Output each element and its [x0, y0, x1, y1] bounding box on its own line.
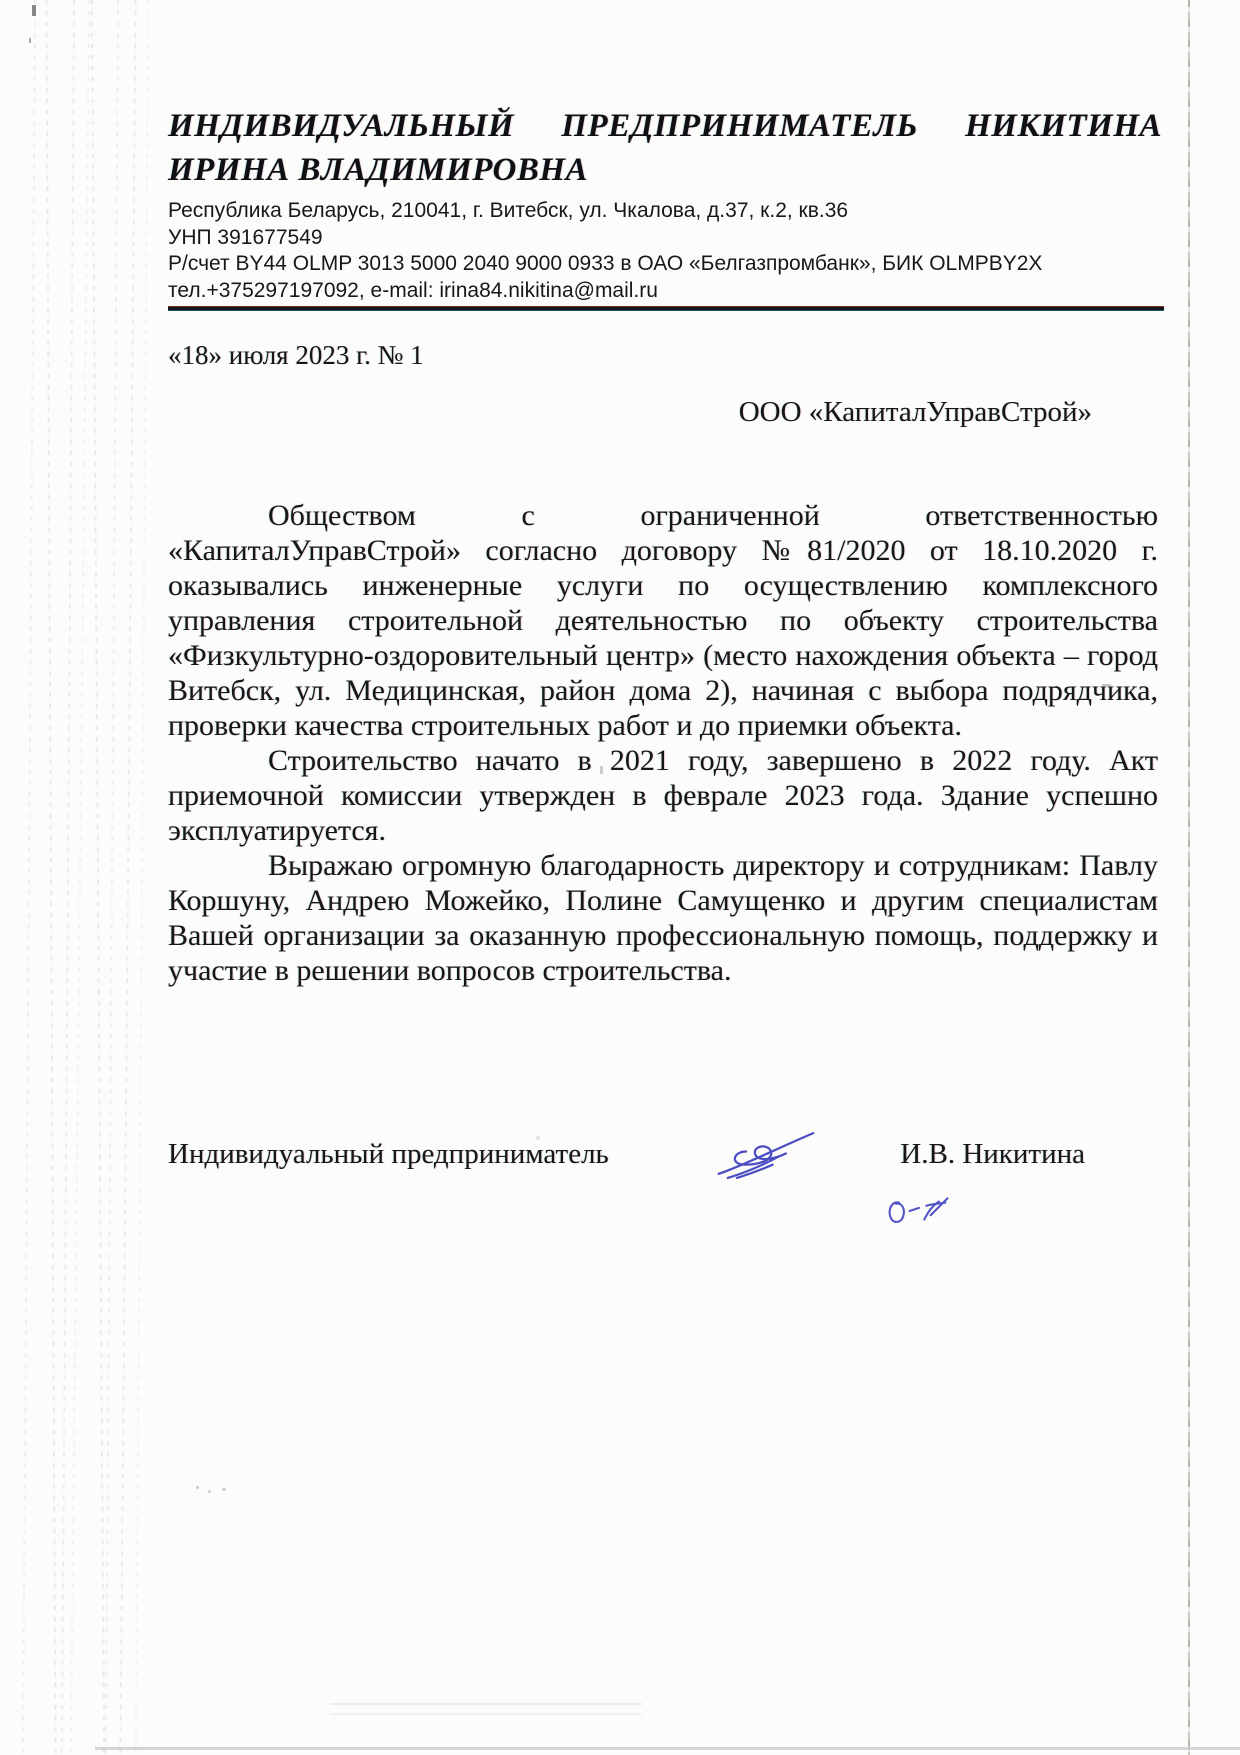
scan-noise-streak [91, 0, 105, 1755]
letter-body: Обществом с ограниченной ответственность… [168, 498, 1158, 988]
body-paragraph-2: Строительство начато в 2021 году, заверш… [168, 743, 1158, 848]
scan-speck [32, 5, 36, 16]
addressee-line: ООО «КапиталУправСтрой» [168, 396, 1092, 429]
scan-speck [29, 38, 31, 43]
signature-flourish-ink [884, 1190, 954, 1230]
scan-noise-streak [105, 0, 119, 1755]
letterhead-address: Республика Беларусь, 210041, г. Витебск,… [168, 199, 848, 223]
scanned-letter-page: ИНДИВИДУАЛЬНЫЙ ПРЕДПРИНИМАТЕЛЬ НИКИТИНА … [0, 0, 1240, 1755]
letterhead-name-line1: ИНДИВИДУАЛЬНЫЙ ПРЕДПРИНИМАТЕЛЬ НИКИТИНА [168, 108, 1162, 145]
body-paragraph-1: Обществом с ограниченной ответственность… [168, 498, 1158, 743]
letterhead-separator-rule [168, 306, 1164, 311]
letterhead-account: Р/счет BY44 OLMP 3013 5000 2040 9000 093… [168, 252, 1042, 276]
scan-noise-right-edge [1188, 0, 1190, 1755]
letterhead-name-line2: ИРИНА ВЛАДИМИРОВНА [168, 152, 588, 189]
scan-speck [208, 1490, 211, 1493]
scan-noise-streak [61, 0, 75, 1755]
letterhead-unp: УНП 391677549 [168, 226, 323, 250]
scan-noise-line [330, 1703, 642, 1705]
scan-speck [196, 1486, 199, 1489]
scan-noise-bottom-edge [95, 1747, 1240, 1750]
scan-noise-streak [135, 0, 149, 1755]
scan-noise-streak [70, 0, 90, 1755]
scan-noise-streak [22, 0, 36, 1755]
scan-speck [222, 1488, 226, 1491]
letterhead-contacts: тел.+375297197092, e-mail: irina84.nikit… [168, 279, 658, 303]
body-paragraph-3: Выражаю огромную благодарность директору… [168, 848, 1158, 988]
scan-noise-line [330, 1713, 642, 1715]
signatory-name: И.В. Никитина [168, 1138, 1085, 1171]
date-number-line: «18» июля 2023 г. № 1 [168, 340, 424, 371]
scan-noise-streak [119, 0, 136, 1755]
scan-noise-streak [45, 0, 56, 1755]
